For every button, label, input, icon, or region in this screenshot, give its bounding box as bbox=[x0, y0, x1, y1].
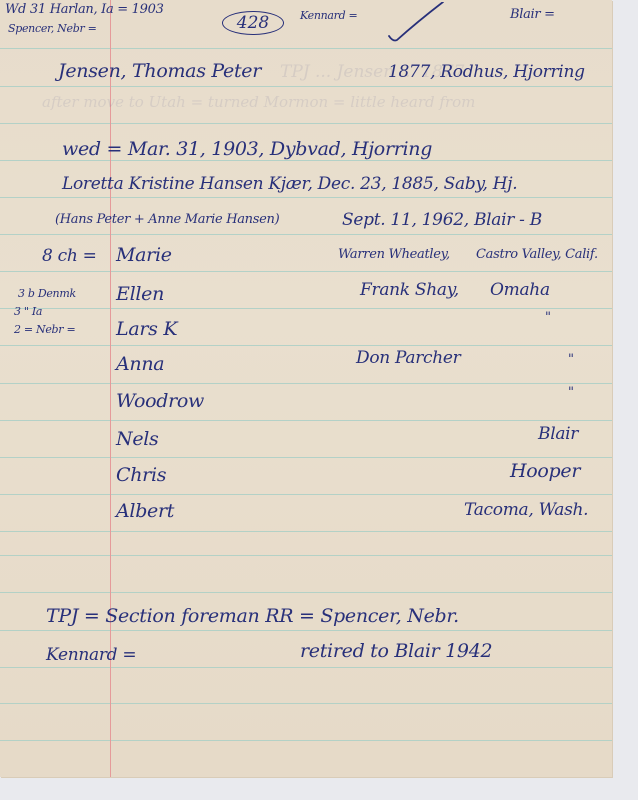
child-residence: " bbox=[545, 310, 551, 325]
subject-name: Jensen, Thomas Peter bbox=[58, 60, 261, 82]
children-count: 8 ch = bbox=[42, 246, 97, 266]
header-blair: Blair = bbox=[510, 7, 555, 22]
rule-line bbox=[0, 703, 612, 704]
rule-line bbox=[0, 308, 612, 309]
rule-line bbox=[0, 383, 612, 384]
rule-line bbox=[0, 740, 612, 741]
rule-line bbox=[0, 457, 612, 458]
rule-line bbox=[0, 630, 612, 631]
rule-line bbox=[0, 592, 612, 593]
subject-birth: 1877, Rodhus, Hjorring bbox=[388, 62, 585, 82]
rule-line bbox=[0, 420, 612, 421]
rule-line bbox=[0, 48, 612, 49]
child-name: Lars K bbox=[116, 318, 177, 340]
rule-line bbox=[0, 197, 612, 198]
child-residence: Omaha bbox=[490, 280, 550, 300]
child-spouse: Frank Shay, bbox=[360, 280, 459, 300]
child-spouse: Warren Wheatley, bbox=[338, 247, 450, 262]
death-date-place: Sept. 11, 1962, Blair - B bbox=[342, 210, 542, 230]
header-residence-line1: Wd 31 Harlan, Ia = 1903 bbox=[5, 2, 164, 17]
child-name: Chris bbox=[116, 464, 166, 486]
rule-line bbox=[0, 531, 612, 532]
child-residence: Blair bbox=[538, 424, 578, 444]
child-residence: Tacoma, Wash. bbox=[464, 500, 588, 520]
child-name: Woodrow bbox=[116, 390, 204, 412]
children-note-denmark: 3 b Denmk bbox=[18, 287, 76, 300]
child-residence: " bbox=[568, 352, 574, 367]
header-residence-line2: Spencer, Nebr = bbox=[8, 22, 97, 35]
rule-line bbox=[0, 234, 612, 235]
child-spouse: Don Parcher bbox=[356, 348, 461, 368]
rule-line bbox=[0, 160, 612, 161]
child-residence: " bbox=[568, 385, 574, 400]
footer-kennard: Kennard = bbox=[46, 645, 136, 665]
spouse-parents: (Hans Peter + Anne Marie Hansen) bbox=[55, 212, 279, 227]
children-note-nebraska: 2 = Nebr = bbox=[14, 323, 75, 336]
checkmark-icon bbox=[387, 2, 447, 44]
child-residence: Hooper bbox=[510, 460, 580, 482]
rule-line bbox=[0, 555, 612, 556]
rule-line bbox=[0, 345, 612, 346]
notebook-page: TPJ ... Jensen ... 1877 after move to Ut… bbox=[0, 0, 612, 777]
child-residence: Castro Valley, Calif. bbox=[476, 247, 598, 262]
children-note-iowa: 3 " Ia bbox=[14, 305, 42, 318]
spouse-name-birth: Loretta Kristine Hansen Kjær, Dec. 23, 1… bbox=[62, 174, 517, 194]
child-name: Anna bbox=[116, 353, 164, 375]
child-name: Marie bbox=[116, 244, 172, 266]
record-number-badge: 428 bbox=[222, 11, 284, 35]
retirement-note: retired to Blair 1942 bbox=[300, 640, 492, 662]
header-kennard: Kennard = bbox=[300, 9, 357, 22]
rule-line bbox=[0, 271, 612, 272]
marriage-wed: wed = Mar. 31, 1903, Dybvad, Hjorring bbox=[62, 138, 432, 160]
rule-line bbox=[0, 123, 612, 124]
rule-line bbox=[0, 86, 612, 87]
rule-line bbox=[0, 494, 612, 495]
child-name: Ellen bbox=[116, 283, 164, 305]
child-name: Nels bbox=[116, 428, 159, 450]
child-name: Albert bbox=[116, 500, 174, 522]
occupation-note: TPJ = Section foreman RR = Spencer, Nebr… bbox=[46, 605, 459, 627]
bleed-through-text: after move to Utah = turned Mormon = lit… bbox=[42, 93, 475, 111]
rule-line bbox=[0, 667, 612, 668]
